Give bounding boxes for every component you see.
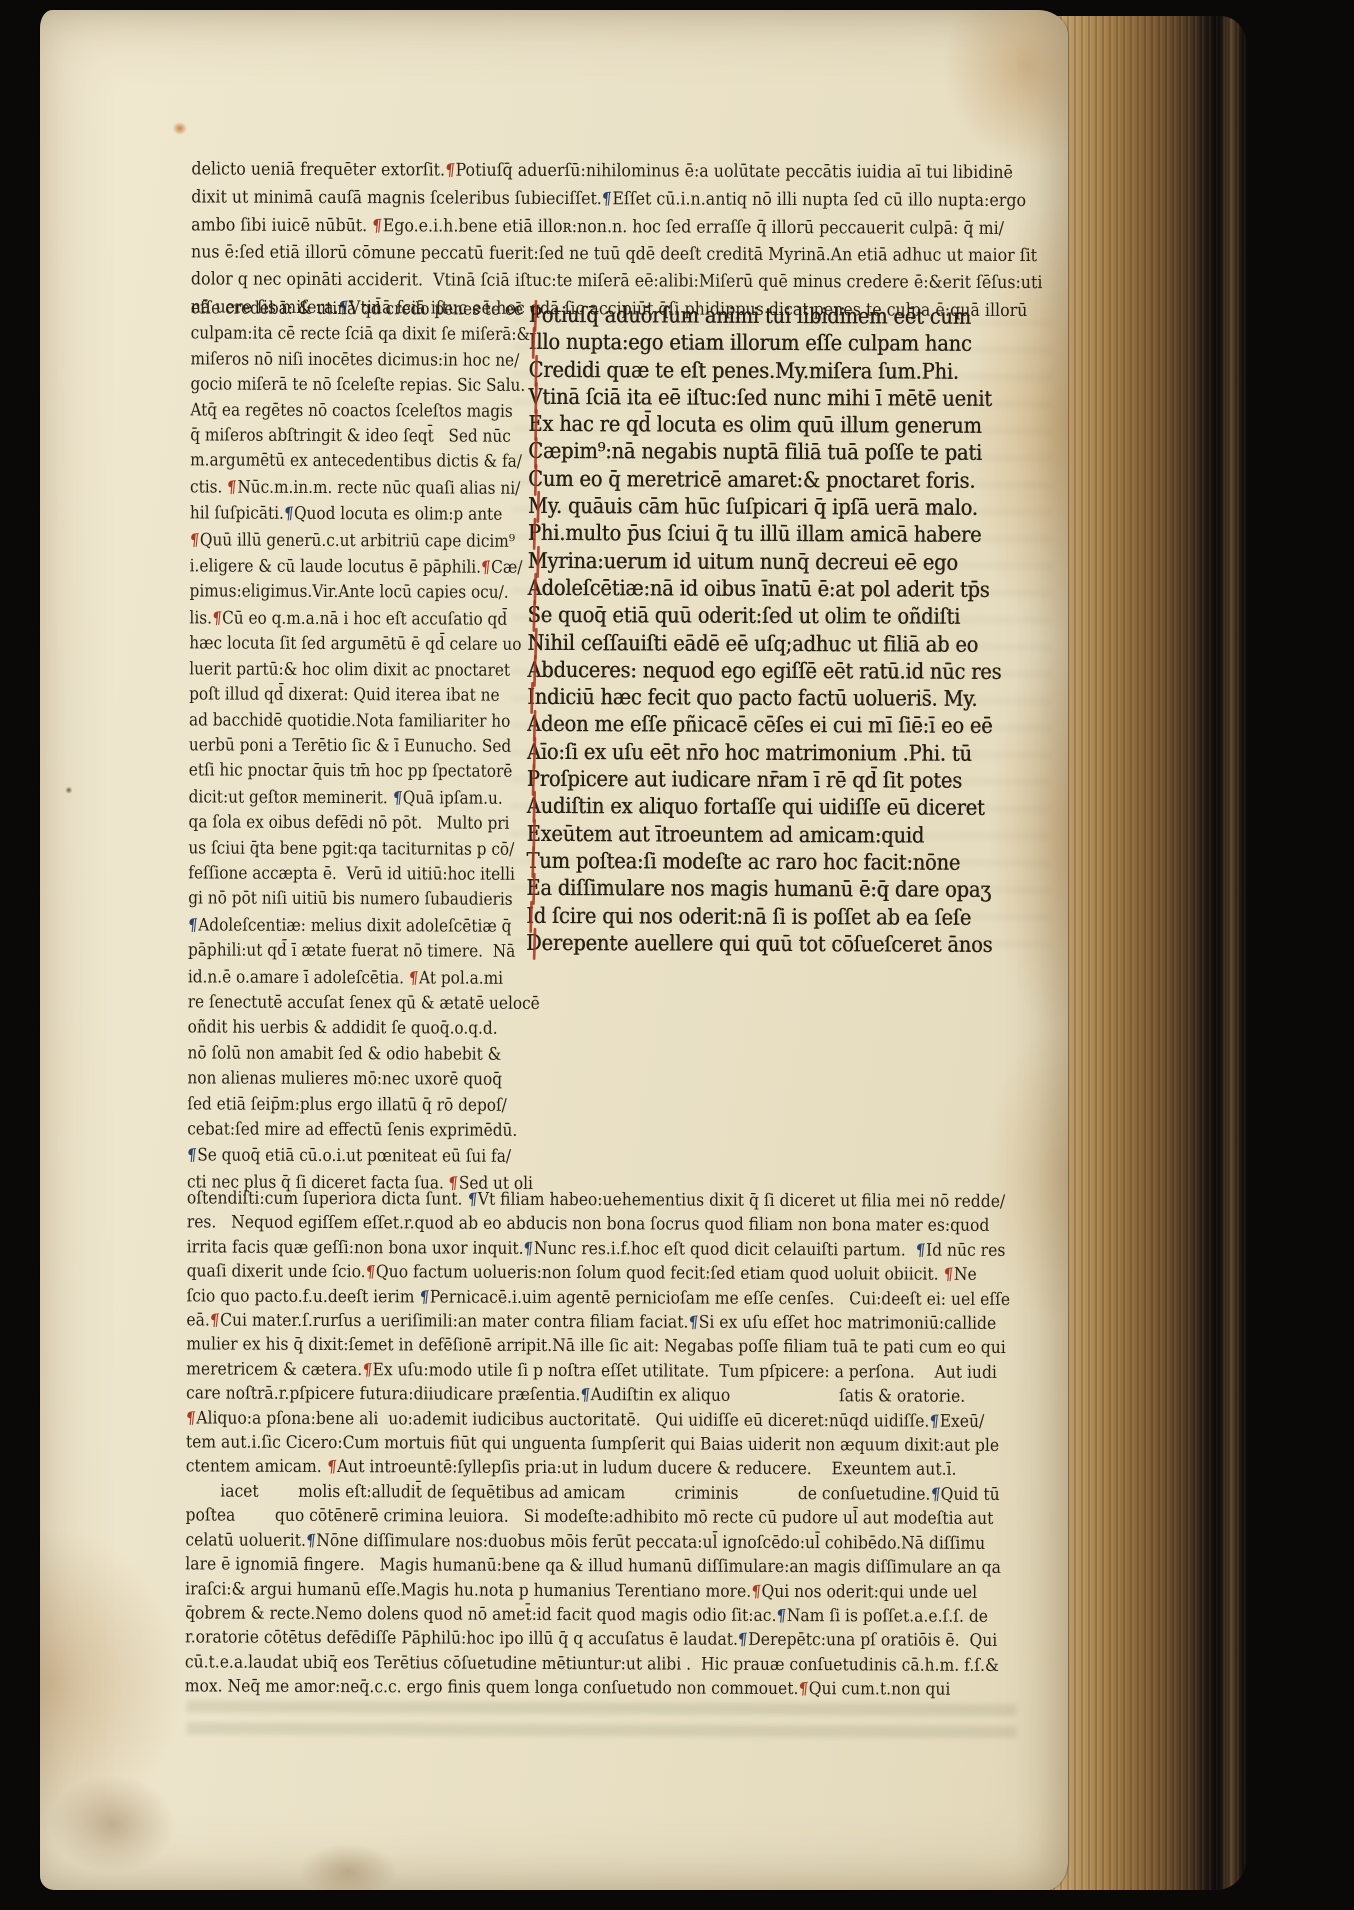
commentary-line: ſcio quo pacto.f.u.deeſt ierim ¶Pernicac… xyxy=(186,1284,958,1312)
commentary-line: poſtea quo cōtēnerē crimina leuiora. Si … xyxy=(185,1504,957,1532)
commentary-line: tem aut.i.ſic Cicero:Cum mortuis fiūt qu… xyxy=(186,1430,958,1458)
book-page: delicto ueniā frequēter extorſit.¶Potiuſ… xyxy=(40,10,1068,1890)
commentary-line: luerit partū:& hoc olim dixit ac pnoctar… xyxy=(189,657,494,684)
rubricated-initial: C xyxy=(528,356,543,383)
red-paragraph-mark: ¶ xyxy=(750,1579,762,1604)
rubricated-initial: N xyxy=(527,629,544,656)
commentary-line: q̄obrem & recte.Nemo dolens quod nō amet… xyxy=(185,1601,957,1629)
commentary-line: gi nō pōt niſi uitiū bis numero ſubaudie… xyxy=(188,887,493,914)
book-photograph: delicto ueniā frequēter extorſit.¶Potiuſ… xyxy=(0,0,1354,1910)
commentary-line: ¶Quū illū generū.c.ut arbitriū cape dici… xyxy=(190,527,495,555)
commentary-line: ſed etiā ſeip̄m:plus ergo illatū q̄ rō d… xyxy=(187,1092,492,1119)
red-paragraph-mark: ¶ xyxy=(211,605,223,631)
commentary-line: r.oratorie cōtētus defēdiſſe Pāphilū:hoc… xyxy=(185,1626,957,1654)
red-paragraph-mark: ¶ xyxy=(371,212,383,240)
verse-line: Derepente auellere qui quū tot cōſueſcer… xyxy=(526,930,956,959)
commentary-line: mulier ex his q̄ dixit:ſemet in defēſion… xyxy=(186,1333,958,1361)
commentary-line: uerbū poni a Terētio ſic & ī Eunucho. Se… xyxy=(189,733,494,760)
page-content: delicto ueniā frequēter extorſit.¶Potiuſ… xyxy=(36,8,1072,1892)
rubricated-initial: C xyxy=(528,438,543,465)
commentary-line: celatū uoluerit.¶Nōne diſſimulare nos:du… xyxy=(185,1528,957,1556)
blue-paragraph-mark: ¶ xyxy=(775,1604,787,1629)
commentary-line: poſt illud qd̄ dixerat: Quid iterea ibat… xyxy=(189,682,494,709)
rubricated-initial: M xyxy=(528,493,548,520)
commentary-line: care noſtrā.r.pſpicere futura:diiudicare… xyxy=(186,1382,958,1410)
blue-paragraph-mark: ¶ xyxy=(391,785,403,811)
commentary-line: res. Nequod egiſſem eſſet.r.quod ab eo a… xyxy=(187,1211,959,1239)
verse-line: Adoleſcētiæ:nā id oibus īnatū ē:at pol a… xyxy=(528,575,958,604)
red-paragraph-mark: ¶ xyxy=(226,474,238,500)
commentary-line: miſeros nō niſi inocētes dicimus:in hoc … xyxy=(191,347,496,374)
verse-line: Myrina:uerum id uitum nunq̄ decreui eē e… xyxy=(528,548,958,577)
blue-paragraph-mark: ¶ xyxy=(466,1187,478,1212)
verse-line: My. quāuis cām hūc ſuſpicari q̄ ipſā uer… xyxy=(528,493,958,522)
commentary-line: ¶Aliquo:a pſona:bene ali uo:ademit iudic… xyxy=(186,1406,958,1434)
commentary-line: ¶Se quoq̄ etiā cū.o.i.ut pœniteat eū ſui… xyxy=(187,1143,492,1171)
blue-paragraph-mark: ¶ xyxy=(186,1143,198,1169)
blue-paragraph-mark: ¶ xyxy=(687,1310,699,1335)
rubricated-initial: M xyxy=(528,548,548,575)
rubricated-initial: P xyxy=(528,520,541,547)
rubricated-initial: P xyxy=(527,766,540,793)
verse-line: Audiſtin ex aliquo fortaſſe qui uidiſſe … xyxy=(527,793,957,822)
commentary-line: non alienas mulieres mō:nec uxorē quoq̄ xyxy=(187,1067,492,1094)
verse-line: Indiciū hæc fecit quo pacto factū uoluer… xyxy=(527,684,957,713)
commentary-line: dolor q nec opināti acciderit. Vtinā ſci… xyxy=(191,266,958,296)
red-paragraph-mark: ¶ xyxy=(444,156,456,184)
commentary-line: hæc locuta ſit ſed argumētū ē qd̄ celare… xyxy=(189,632,494,659)
verse-line: Cum eo q̄ meretricē amaret:& pnoctaret f… xyxy=(528,466,958,495)
commentary-line: culpam:ita cē recte ſciā qa dixit ſe miſ… xyxy=(191,322,496,349)
commentary-line: cebat:ſed mire ad effectū ſenis exprimēd… xyxy=(187,1117,492,1144)
rubricated-initial: I xyxy=(529,329,537,356)
commentary-line: hil ſuſpicāti.¶Quod locuta es olim:p ant… xyxy=(190,501,495,529)
commentary-line: dicit:ut geſtoʀ meminerit. ¶Quā ipſam.u. xyxy=(189,784,494,812)
blue-paragraph-mark: ¶ xyxy=(305,1528,317,1553)
verse-line: Potiuſq̄ aduōrſum animi tui libidinem eē… xyxy=(529,302,959,331)
commentary-line: Atq̄ ea regētes nō coactos ſceleſtos mag… xyxy=(190,398,495,425)
rubricated-initial: C xyxy=(528,466,543,493)
commentary-line: ad bacchidē quotidie.Nota familiariter h… xyxy=(189,708,494,735)
verse-line: Ea diſſimulare nos magis humanū ē:q̄ dar… xyxy=(526,875,956,904)
commentary-line: meretricem & cætera.¶Ex uſu:modo utile ſ… xyxy=(186,1357,958,1385)
blue-paragraph-mark: ¶ xyxy=(418,1285,430,1310)
rubricated-initial: A xyxy=(527,793,541,820)
verse-line: Credidi quæ te eſt penes.My.miſera ſum.P… xyxy=(528,356,958,385)
commentary-line: gocio miſerā te nō ſceleſte repias. Sic … xyxy=(190,373,495,400)
rubricated-initial: S xyxy=(527,602,540,629)
commentary-line: iraſci:& argui humanū eſſe.Magis hu.nota… xyxy=(185,1577,957,1605)
rubricated-initial: E xyxy=(526,821,540,848)
blue-paragraph-mark: ¶ xyxy=(929,1482,941,1507)
verse-line: Phi.multo p̄us ſciui q̄ tu illū illam am… xyxy=(528,520,958,549)
commentary-line: lis.¶Cū eo q.m.a.nā i hoc eſt accuſatio … xyxy=(189,605,494,633)
commentary-line: dixit ut minimā cauſā magnis ſceleribus … xyxy=(191,183,958,214)
red-paragraph-mark: ¶ xyxy=(797,1677,809,1702)
commentary-line: mox. Neq̄ me amor:neq̄.c.c. ergo finis q… xyxy=(185,1675,957,1703)
commentary-line: nus ē:ſed etiā illorū cōmune peccatū fue… xyxy=(191,239,958,269)
blue-paragraph-mark: ¶ xyxy=(928,1409,940,1434)
red-paragraph-mark: ¶ xyxy=(408,965,420,991)
bottom-commentary-block: oſtendiſti:cum ſuperiora dicta ſunt. ¶Vt… xyxy=(185,1186,1045,1702)
commentary-line: re ſenectutē accuſat ſenex qū & ætatē ue… xyxy=(188,990,493,1017)
verse-line: Cæpim⁹:nā negabis nuptā filiā tuā poſſe … xyxy=(528,438,958,467)
commentary-line: etſi hic pnoctar q̄uis tm̄ hoc pp ſpecta… xyxy=(189,759,494,786)
rubricated-initial: A xyxy=(527,711,541,738)
commentary-line: id.n.ē o.amare ī adoleſcētia. ¶At pol.a.… xyxy=(188,964,493,992)
commentary-line: pāphili:ut qd̄ ī ætate fuerat nō timere.… xyxy=(188,939,493,966)
commentary-line: ctentem amicam. ¶Aut introeuntē:ſyllepſi… xyxy=(186,1455,958,1483)
red-paragraph-mark: ¶ xyxy=(209,1308,221,1333)
blue-paragraph-mark: ¶ xyxy=(914,1238,926,1263)
left-commentary-column: eſſe credebā: & utinā qd̄ credo penes te… xyxy=(187,296,537,1197)
blue-paragraph-mark: ¶ xyxy=(283,501,295,527)
verse-line: Illo nupta:ego etiam illorum eſſe culpam… xyxy=(529,329,959,358)
verse-line: Aīo:ſi ex uſu eēt nr̄o hoc matrimonium .… xyxy=(527,739,957,768)
commentary-line: i.eligere & cū laude locutus ē pāphili.¶… xyxy=(190,553,495,581)
commentary-line: lare ē ignomiā fingere. Magis humanū:ben… xyxy=(185,1552,957,1580)
commentary-line: iacet molis eſt:alludit̄ de ſequētibus a… xyxy=(186,1479,958,1507)
verse-line: Proſpicere aut iudicare nr̄am ī rē qd̄ ſ… xyxy=(527,766,957,795)
commentary-line: quaſi dixerit unde ſcio.¶Quo factum uolu… xyxy=(187,1260,959,1288)
red-paragraph-mark: ¶ xyxy=(325,1455,337,1480)
rubricated-initial: P xyxy=(529,302,542,329)
commentary-line: eā.¶Cui mater.ſ.rurſus a ueriſimili:an m… xyxy=(186,1308,958,1336)
rubricated-initial: I xyxy=(526,902,534,929)
red-paragraph-mark: ¶ xyxy=(188,527,200,553)
main-verse-column: Potiuſq̄ aduōrſum animi tui libidinem eē… xyxy=(526,302,1007,959)
red-paragraph-mark: ¶ xyxy=(942,1263,954,1288)
rubricated-initial: V xyxy=(528,384,542,411)
blue-paragraph-mark: ¶ xyxy=(737,1628,749,1653)
verse-line: Adeon me eſſe pñicacē cēſes ei cui mī ſi… xyxy=(527,711,957,740)
verse-line: Ex hac re qd̄ locuta es olim quū illum g… xyxy=(528,411,958,440)
red-paragraph-mark: ¶ xyxy=(361,1358,373,1383)
rubricated-initial: T xyxy=(526,848,539,875)
rubricated-initial: A xyxy=(527,739,541,766)
verse-line: Id ſcire qui nos oderit:nā ſi is poſſet … xyxy=(526,902,956,931)
blue-paragraph-mark: ¶ xyxy=(187,912,199,938)
rubricated-initial: I xyxy=(527,684,535,711)
blue-paragraph-mark: ¶ xyxy=(600,185,612,213)
verse-line: Abduceres: nequod ego egiſſē eēt ratū.id… xyxy=(527,657,957,686)
commentary-line: oſtendiſti:cum ſuperiora dicta ſunt. ¶Vt… xyxy=(187,1186,959,1214)
commentary-line: ¶Adoleſcentiæ: melius dixit adoleſcētiæ … xyxy=(188,912,493,940)
commentary-line: pimus:eligimus.Vir.Ante locū capies ocu/… xyxy=(190,580,495,607)
commentary-line: feſſione accæpta ē. Verū id uitiū:hoc it… xyxy=(188,861,493,888)
commentary-line: ambo ſibi iuicē nūbūt. ¶Ego.e.i.h.bene e… xyxy=(191,211,958,242)
commentary-line: oñdit his uerbis & addidit ſe quoq̄.o.q.… xyxy=(188,1016,493,1043)
commentary-line: m.argumētū ex antecedentibus dictis & fa… xyxy=(190,449,495,476)
blue-paragraph-mark: ¶ xyxy=(579,1383,591,1408)
rubricated-initial: D xyxy=(526,930,542,957)
book-fore-edge xyxy=(1046,16,1246,1890)
rubricated-initial: A xyxy=(528,575,542,602)
verse-line: Vtinā ſciā ita eē iſtuc:ſed nunc mihi ī … xyxy=(528,384,958,413)
verse-line: Se quoq̄ etiā quū oderit:ſed ut olim te … xyxy=(527,602,957,631)
commentary-line: eſſe credebā: & utinā qd̄ credo penes te… xyxy=(191,296,496,323)
commentary-line: cū.t.e.a.laudat ubiq̄ eos Terētius cōſue… xyxy=(185,1650,957,1678)
commentary-line: nō ſolū non amabit ſed & odio habebit & xyxy=(187,1041,492,1068)
red-paragraph-mark: ¶ xyxy=(185,1406,197,1431)
rubricated-initial: E xyxy=(528,411,542,438)
verse-line: Nihil ceſſauiſti eādē eē uſq;adhuc ut fi… xyxy=(527,629,957,658)
red-paragraph-mark: ¶ xyxy=(480,554,492,580)
verse-line: Tum poſtea:ſi modeſte ac raro hoc facit:… xyxy=(526,848,956,877)
commentary-line: ctis. ¶Nūc.m.in.m. recte nūc quaſi alias… xyxy=(190,474,495,502)
verso-show-through-line xyxy=(187,1698,1017,1742)
verse-line: Exeūtem aut ītroeuntem ad amicam:quid xyxy=(526,821,956,850)
red-paragraph-mark: ¶ xyxy=(364,1260,376,1285)
blue-paragraph-mark: ¶ xyxy=(522,1236,534,1261)
rubricated-initial: E xyxy=(526,875,540,902)
commentary-line: qa ſola ex oibus defēdi nō pōt. Multo pr… xyxy=(188,811,493,838)
commentary-line: irrita facis quæ geſſi:non bona uxor inq… xyxy=(187,1235,959,1263)
commentary-line: q̄ miſeros abſtringit & ideo ſeqt̄ Sed n… xyxy=(190,423,495,450)
rubricated-initial: A xyxy=(527,657,541,684)
commentary-line: delicto ueniā frequēter extorſit.¶Potiuſ… xyxy=(191,155,958,186)
commentary-line: us ſciui q̄ta bene pgit:qa taciturnitas … xyxy=(188,836,493,863)
